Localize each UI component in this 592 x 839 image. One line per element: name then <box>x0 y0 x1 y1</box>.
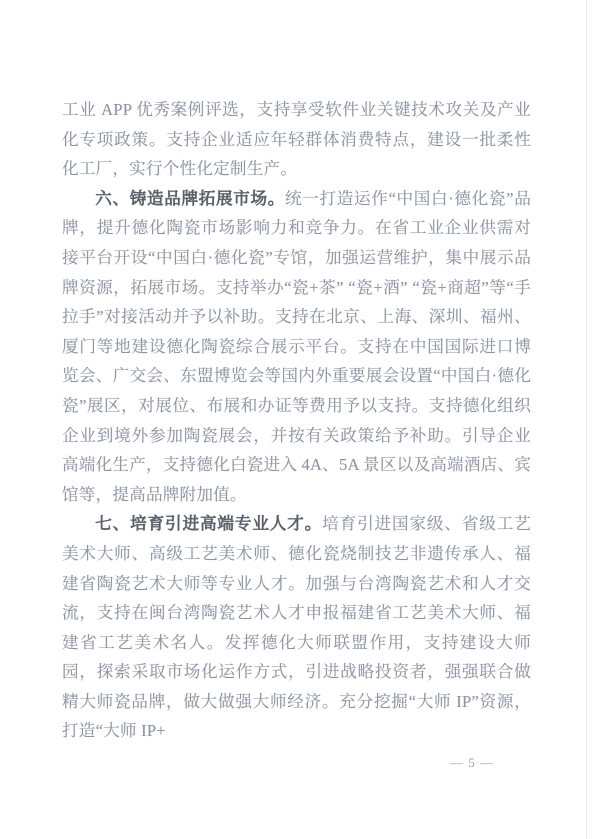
scan-edge-artifact <box>586 0 587 839</box>
page-number: — 5 — <box>450 755 494 770</box>
paragraph-heading: 七、培育引进高端专业人才。 <box>95 514 322 533</box>
paragraph: 六、铸造品牌拓展市场。统一打造运作“中国白·德化瓷”品牌，提升德化陶瓷市场影响力… <box>62 184 531 510</box>
paragraph: 七、培育引进高端专业人才。培育引进国家级、省级工艺美术大师、高级工艺美术师、德化… <box>62 509 531 746</box>
document-page: 工业 APP 优秀案例评选，支持享受软件业关键技术攻关及产业化专项政策。支持企业… <box>0 0 592 839</box>
paragraph: 工业 APP 优秀案例评选，支持享受软件业关键技术攻关及产业化专项政策。支持企业… <box>62 95 531 184</box>
paragraph-text: 统一打造运作“中国白·德化瓷”品牌，提升德化陶瓷市场影响力和竞争力。在省工业企业… <box>62 189 531 504</box>
paragraph-heading: 六、铸造品牌拓展市场。 <box>95 189 285 208</box>
paragraph-text: 工业 APP 优秀案例评选，支持享受软件业关键技术攻关及产业化专项政策。支持企业… <box>62 100 531 178</box>
document-body: 工业 APP 优秀案例评选，支持享受软件业关键技术攻关及产业化专项政策。支持企业… <box>62 95 531 746</box>
paragraph-text: 培育引进国家级、省级工艺美术大师、高级工艺美术师、德化瓷烧制技艺非遗传承人、福建… <box>62 514 531 740</box>
page-footer: — 5 — <box>450 754 494 772</box>
